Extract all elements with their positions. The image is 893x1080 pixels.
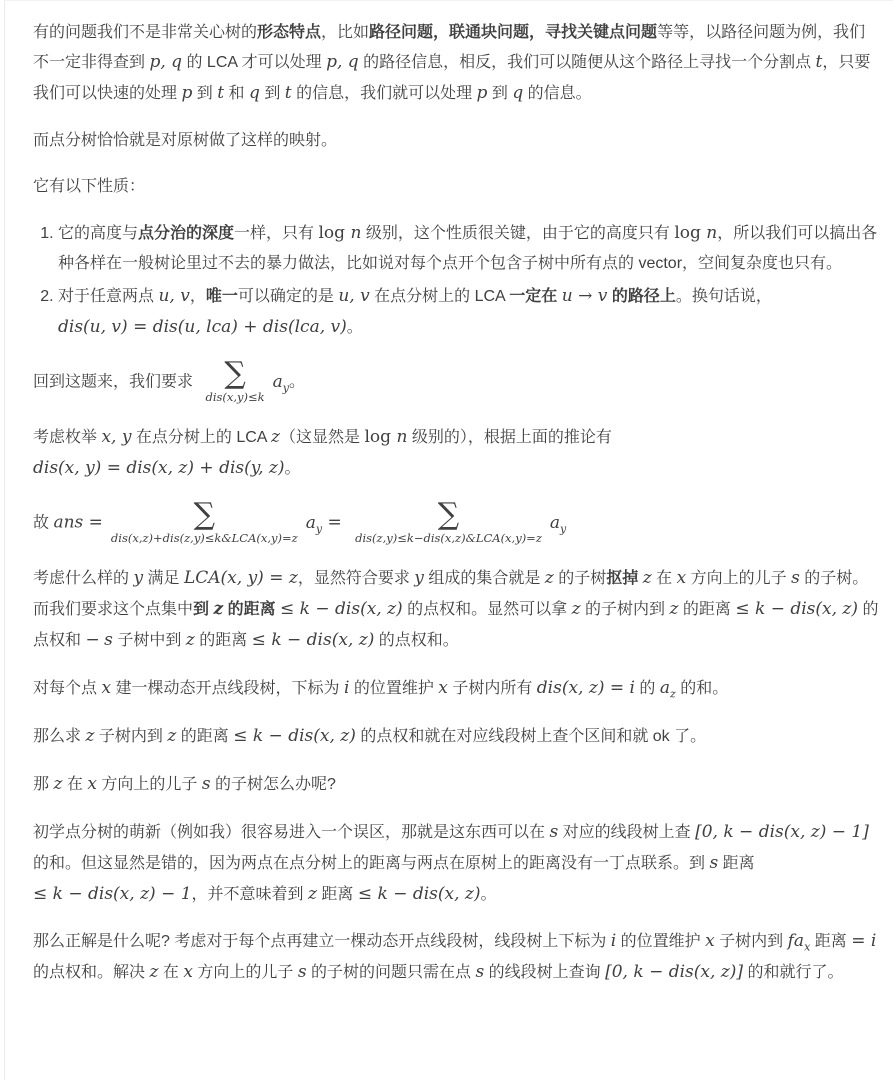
text-run: 的 LCA 才可以处理 bbox=[182, 54, 326, 71]
text-run: 的子树 bbox=[554, 570, 606, 587]
inline-math: s bbox=[791, 568, 800, 588]
inline-math: = i bbox=[851, 931, 876, 951]
bold-text-run: 的距离 bbox=[223, 601, 280, 618]
inline-math: s bbox=[104, 630, 113, 650]
text-run: 的距离 bbox=[678, 601, 735, 618]
text-run: 那么正解是什么呢? 考虑对于每个点再建立一棵动态开点线段树，线段树上下标为 bbox=[33, 933, 611, 950]
sum-lower-limit: dis(x,y)≤k bbox=[205, 392, 264, 404]
text-run: 子树内到 bbox=[94, 728, 167, 745]
inline-math: ay bbox=[550, 513, 566, 533]
inline-math: az bbox=[660, 678, 676, 698]
inline-math: z bbox=[167, 726, 176, 746]
inline-math: = bbox=[322, 513, 347, 533]
inline-math: ≤ k − dis(x, z) bbox=[252, 630, 375, 650]
text-run: 和 bbox=[224, 85, 249, 102]
inline-math: u, v bbox=[338, 286, 369, 306]
inline-math: − bbox=[85, 630, 99, 650]
text-run: 到 bbox=[192, 85, 217, 102]
inline-math: y bbox=[414, 568, 424, 588]
text-run: 的子树怎么办呢? bbox=[211, 776, 336, 793]
text-run: 的和。 bbox=[676, 680, 728, 697]
inline-math: p, q bbox=[149, 52, 182, 72]
inline-math: log bbox=[674, 223, 706, 243]
paragraph: 有的问题我们不是非常关心树的形态特点，比如路径问题，联通块问题，寻找关键点问题等… bbox=[33, 18, 881, 109]
text-run: 组成的集合就是 bbox=[424, 570, 545, 587]
paragraph: 那 z 在 x 方向上的儿子 s 的子树怎么办呢? bbox=[33, 769, 881, 800]
inline-math: [0, k − dis(x, z) − 1] bbox=[695, 822, 869, 842]
text-run: 那么求 bbox=[33, 728, 85, 745]
text-run: 对每个点 bbox=[33, 680, 101, 697]
bold-text-run: 路径问题，联通块问题，寻找关键点问题 bbox=[369, 24, 657, 41]
text-run: 的和。但这显然是错的，因为两点在点分树上的距离与两点在原树上的距离没有一丁点联系… bbox=[33, 855, 709, 872]
inline-math: p bbox=[181, 83, 192, 103]
bold-text-run: 唯一 bbox=[206, 288, 238, 305]
inline-math: u, v bbox=[158, 286, 189, 306]
math-subscript: y bbox=[560, 522, 566, 535]
inline-math: log bbox=[318, 223, 350, 243]
paragraph: 而点分树恰恰就是对原树做了这样的映射。 bbox=[33, 126, 881, 155]
text-run: （这显然是 bbox=[280, 429, 364, 446]
inline-math: p bbox=[477, 83, 488, 103]
text-run: 的点权和就在对应线段树上查个区间和就 ok 了。 bbox=[356, 728, 706, 745]
inline-math: dis(x, z) = i bbox=[537, 678, 635, 698]
inline-math: n bbox=[396, 427, 407, 447]
text-run: 的路径信息，相反，我们可以随便从这个路径上寻找一个分割点 bbox=[359, 54, 816, 71]
text-run: 距离 bbox=[317, 886, 358, 903]
inline-math: ay bbox=[273, 372, 289, 392]
inline-math: x bbox=[705, 931, 715, 951]
inline-math: log bbox=[364, 427, 396, 447]
article-content: 有的问题我们不是非常关心树的形态特点，比如路径问题，联通块问题，寻找关键点问题等… bbox=[4, 0, 893, 1080]
inline-math: x, y bbox=[101, 427, 131, 447]
text-run: 子树内所有 bbox=[448, 680, 537, 697]
inline-math: s bbox=[709, 853, 718, 873]
inline-math: ans = bbox=[53, 513, 102, 533]
inline-math: z bbox=[271, 427, 280, 447]
text-run: 在 bbox=[652, 570, 677, 587]
text-run: 在 bbox=[158, 964, 183, 981]
text-run: 在点分树上的 LCA bbox=[131, 429, 271, 446]
text-run: 初学点分树的萌新（例如我）很容易进入一个误区，那就是这东西可以在 bbox=[33, 824, 549, 841]
text-run: 而点分树恰恰就是对原树做了这样的映射。 bbox=[33, 132, 337, 149]
paragraph: 故 ans =∑dis(x,z)+dis(z,y)≤k&LCA(x,y)=zay… bbox=[33, 501, 881, 546]
text-run: 对于任意两点 bbox=[58, 288, 158, 305]
summation-formula: ∑dis(z,y)≤k−dis(x,z)&LCA(x,y)=z bbox=[355, 499, 542, 544]
bold-text-run: 的路径上 bbox=[612, 288, 676, 305]
inline-math: s bbox=[549, 822, 558, 842]
text-run: ， bbox=[190, 288, 206, 305]
inline-math: x bbox=[101, 678, 111, 698]
inline-math: z bbox=[308, 884, 317, 904]
inline-math: u → v bbox=[562, 286, 608, 306]
inline-math: x bbox=[438, 678, 448, 698]
inline-math: z bbox=[545, 568, 554, 588]
inline-math: z bbox=[213, 599, 223, 619]
text-run: 满足 bbox=[143, 570, 184, 587]
text-run: 到 bbox=[260, 85, 285, 102]
bold-text-run: 点分治的深度 bbox=[138, 225, 234, 242]
inline-math: ≤ k − dis(x, z) bbox=[358, 884, 481, 904]
inline-math: q bbox=[249, 83, 260, 103]
paragraph: 考虑枚举 x, y 在点分树上的 LCA z（这显然是 log n 级别的），根… bbox=[33, 422, 881, 484]
text-run: 对应的线段树上查 bbox=[558, 824, 695, 841]
inline-math: ≤ k − dis(x, z) − 1 bbox=[33, 884, 192, 904]
inline-math: x bbox=[183, 962, 193, 982]
paragraph: 回到这题来，我们要求 ∑dis(x,y)≤kay。 bbox=[33, 360, 881, 405]
text-run: 的点权和。显然可以拿 bbox=[403, 601, 572, 618]
inline-math: [0, k − dis(x, z)] bbox=[605, 962, 743, 982]
inline-math: s bbox=[475, 962, 484, 982]
inline-math: fax bbox=[788, 931, 811, 951]
list-item: 对于任意两点 u, v，唯一可以确定的是 u, v 在点分树上的 LCA 一定在… bbox=[58, 281, 881, 343]
bold-text-run: 一定在 bbox=[509, 288, 557, 305]
summation-formula: ∑dis(x,z)+dis(z,y)≤k&LCA(x,y)=z bbox=[111, 499, 298, 544]
sum-operator-icon: ∑ bbox=[438, 499, 459, 531]
text-run: 级别，这个性质很关键，由于它的高度只有 bbox=[361, 225, 674, 242]
text-run: 方向上的儿子 bbox=[686, 570, 791, 587]
inline-math: x bbox=[87, 774, 97, 794]
sum-lower-limit: dis(z,y)≤k−dis(x,z)&LCA(x,y)=z bbox=[355, 533, 542, 545]
text-run: 在 bbox=[62, 776, 87, 793]
document-body: 有的问题我们不是非常关心树的形态特点，比如路径问题，联通块问题，寻找关键点问题等… bbox=[33, 18, 881, 988]
inline-math: dis(u, v) = dis(u, lca) + dis(lca, v) bbox=[58, 317, 347, 337]
summation-formula: ∑dis(x,y)≤k bbox=[205, 358, 264, 403]
text-run: 。换句话说， bbox=[676, 288, 772, 305]
text-run: 。 bbox=[285, 460, 301, 477]
text-run: 它的高度与 bbox=[58, 225, 138, 242]
text-run: 的和就行了。 bbox=[743, 964, 843, 981]
text-run: 的距离 bbox=[176, 728, 233, 745]
text-run: 方向上的儿子 bbox=[193, 964, 298, 981]
text-run: 考虑什么样的 bbox=[33, 570, 133, 587]
text-run: 到 bbox=[487, 85, 512, 102]
text-run: ，比如 bbox=[321, 24, 369, 41]
text-run: 距离 bbox=[810, 933, 851, 950]
inline-math: ≤ k − dis(x, z) bbox=[280, 599, 403, 619]
inline-math: y bbox=[133, 568, 143, 588]
text-run: 有的问题我们不是非常关心树的 bbox=[33, 24, 257, 41]
sum-lower-limit: dis(x,z)+dis(z,y)≤k&LCA(x,y)=z bbox=[111, 533, 298, 545]
inline-math: z bbox=[186, 630, 195, 650]
inline-math: ≤ k − dis(x, z) bbox=[735, 599, 858, 619]
text-run: 它有以下性质： bbox=[33, 178, 145, 195]
text-run: 那 bbox=[33, 776, 53, 793]
inline-math: ≤ k − dis(x, z) bbox=[233, 726, 356, 746]
text-run: 一样，只有 bbox=[234, 225, 318, 242]
inline-math: ay bbox=[306, 513, 322, 533]
text-run: 级别的），根据上面的推论有 bbox=[407, 429, 611, 446]
text-run: 回到这题来，我们要求 bbox=[33, 374, 197, 391]
paragraph: 考虑什么样的 y 满足 LCA(x, y) = z，显然符合要求 y 组成的集合… bbox=[33, 563, 881, 656]
text-run: 。 bbox=[481, 886, 497, 903]
text-run: 的信息。 bbox=[523, 85, 591, 102]
text-run: 的点权和。 bbox=[374, 632, 458, 649]
text-run: 的线段树上查询 bbox=[484, 964, 605, 981]
text-run: 在点分树上的 LCA bbox=[370, 288, 510, 305]
inline-math: s bbox=[298, 962, 307, 982]
text-run: ，显然符合要求 bbox=[298, 570, 414, 587]
inline-math: p, q bbox=[326, 52, 359, 72]
inline-math: s bbox=[202, 774, 211, 794]
list-item: 它的高度与点分治的深度一样，只有 log n 级别，这个性质很关键，由于它的高度… bbox=[58, 218, 881, 278]
inline-math: n bbox=[350, 223, 361, 243]
paragraph: 那么正解是什么呢? 考虑对于每个点再建立一棵动态开点线段树，线段树上下标为 i … bbox=[33, 926, 881, 988]
inline-math: dis(x, y) = dis(x, z) + dis(y, z) bbox=[33, 458, 285, 478]
text-run: ，并不意味着到 bbox=[192, 886, 308, 903]
text-run: 的位置维护 bbox=[349, 680, 438, 697]
text-run: 考虑枚举 bbox=[33, 429, 101, 446]
text-run: 。 bbox=[347, 319, 363, 336]
text-run: 的子树的问题只需在点 bbox=[307, 964, 476, 981]
bold-text-run: 到 bbox=[193, 601, 213, 618]
inline-math: t bbox=[285, 83, 292, 103]
text-run: 的信息，我们就可以处理 bbox=[292, 85, 477, 102]
inline-math: q bbox=[512, 83, 523, 103]
text-run: 的子树内到 bbox=[581, 601, 670, 618]
paragraph: 那么求 z 子树内到 z 的距离 ≤ k − dis(x, z) 的点权和就在对… bbox=[33, 721, 881, 752]
inline-math: LCA(x, y) = z bbox=[184, 568, 298, 588]
text-run: 故 bbox=[33, 515, 53, 532]
inline-math: z bbox=[643, 568, 652, 588]
text-run: 的距离 bbox=[195, 632, 252, 649]
paragraph: 初学点分树的萌新（例如我）很容易进入一个误区，那就是这东西可以在 s 对应的线段… bbox=[33, 817, 881, 910]
properties-list: 它的高度与点分治的深度一样，只有 log n 级别，这个性质很关键，由于它的高度… bbox=[33, 218, 881, 343]
text-run: 距离 bbox=[718, 855, 754, 872]
text-run: 的 bbox=[635, 680, 660, 697]
sum-operator-icon: ∑ bbox=[194, 499, 215, 531]
inline-math: x bbox=[677, 568, 687, 588]
inline-math: z bbox=[572, 599, 581, 619]
bold-text-run: 形态特点 bbox=[257, 24, 321, 41]
text-run: 子树中到 bbox=[113, 632, 186, 649]
text-run: 方向上的儿子 bbox=[97, 776, 202, 793]
text-run: 。 bbox=[289, 374, 305, 391]
bold-text-run: 抠掉 bbox=[606, 570, 638, 587]
text-run: 的位置维护 bbox=[616, 933, 705, 950]
paragraph: 对每个点 x 建一棵动态开点线段树，下标为 i 的位置维护 x 子树内所有 di… bbox=[33, 673, 881, 704]
sum-operator-icon: ∑ bbox=[224, 358, 245, 390]
text-run: 的点权和。解决 bbox=[33, 964, 149, 981]
text-run: 子树内到 bbox=[715, 933, 788, 950]
paragraph: 它有以下性质： bbox=[33, 172, 881, 201]
text-run: 可以确定的是 bbox=[238, 288, 338, 305]
text-run: 建一棵动态开点线段树，下标为 bbox=[111, 680, 344, 697]
inline-math: n bbox=[706, 223, 717, 243]
